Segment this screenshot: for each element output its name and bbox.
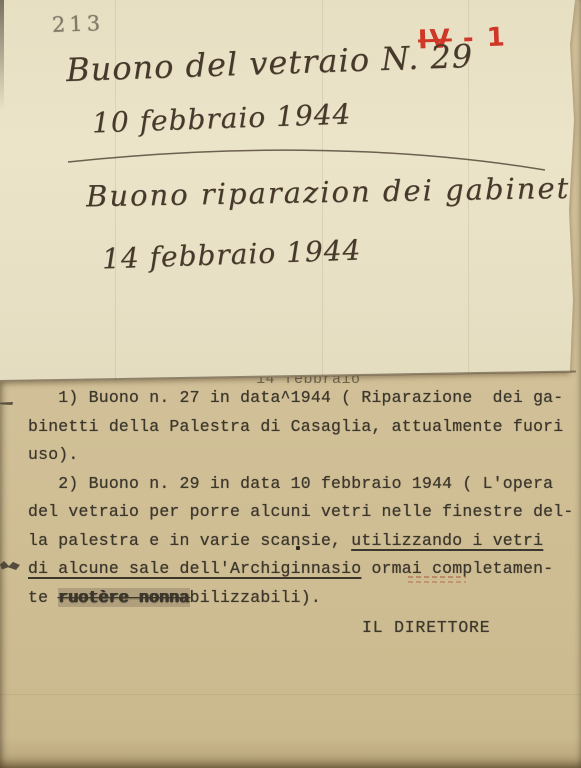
typed-item2-line5: te ruotère nonnabilizzabili). [28,584,574,613]
typed-item1-line3: uso). [28,441,574,470]
typed-item2-line2: del vetraio per porre alcuni vetri nelle… [28,498,574,527]
note-paper: 213 IV - 1 Buono del vetraio N. 29 10 fe… [0,0,575,386]
typed-item2-line4: di alcune sale dell'Archiginnasio ormai … [28,555,574,584]
director-signature-line: IL DIRETTORE [362,618,490,637]
faint-red-hatch-mark [408,576,466,583]
margin-dash-mark [0,402,13,405]
typed-plain-segment: la palestra e in varie scansie, [28,531,351,550]
typed-plain-segment: te [28,588,58,607]
handwritten-date-line1: 10 febbraio 1944 [92,97,352,139]
archive-number-stamp: 213 [52,11,105,37]
typed-item1-line2: binetti della Palestra di Casaglia, attu… [28,413,574,442]
scanned-document-page: 14 febbraio 1) Buono n. 27 in data^1944 … [0,0,581,768]
margin-scribble-mark [0,561,20,570]
paper-crease [0,694,581,695]
typed-plain-segment: bilizzabili). [190,588,321,607]
typed-item2-line1: 2) Buono n. 29 in data 10 febbraio 1944 … [28,470,574,499]
stray-ink-dot [296,546,300,550]
typed-item2-line3: la palestra e in varie scansie, utilizza… [28,527,574,556]
typed-underlined-segment: utilizzando i vetri [351,531,543,550]
typed-underlined-segment: di alcune sale dell'Archiginnasio [28,559,361,578]
handwritten-title-line1: Buono del vetraio N. 29 [65,37,473,89]
attached-note-sheet: 213 IV - 1 Buono del vetraio N. 29 10 fe… [0,0,581,392]
scan-edge-shadow [0,0,4,110]
typed-body: 1) Buono n. 27 in data^1944 ( Riparazion… [28,384,574,612]
typed-overstruck-segment: ruotère nonna [58,588,189,607]
